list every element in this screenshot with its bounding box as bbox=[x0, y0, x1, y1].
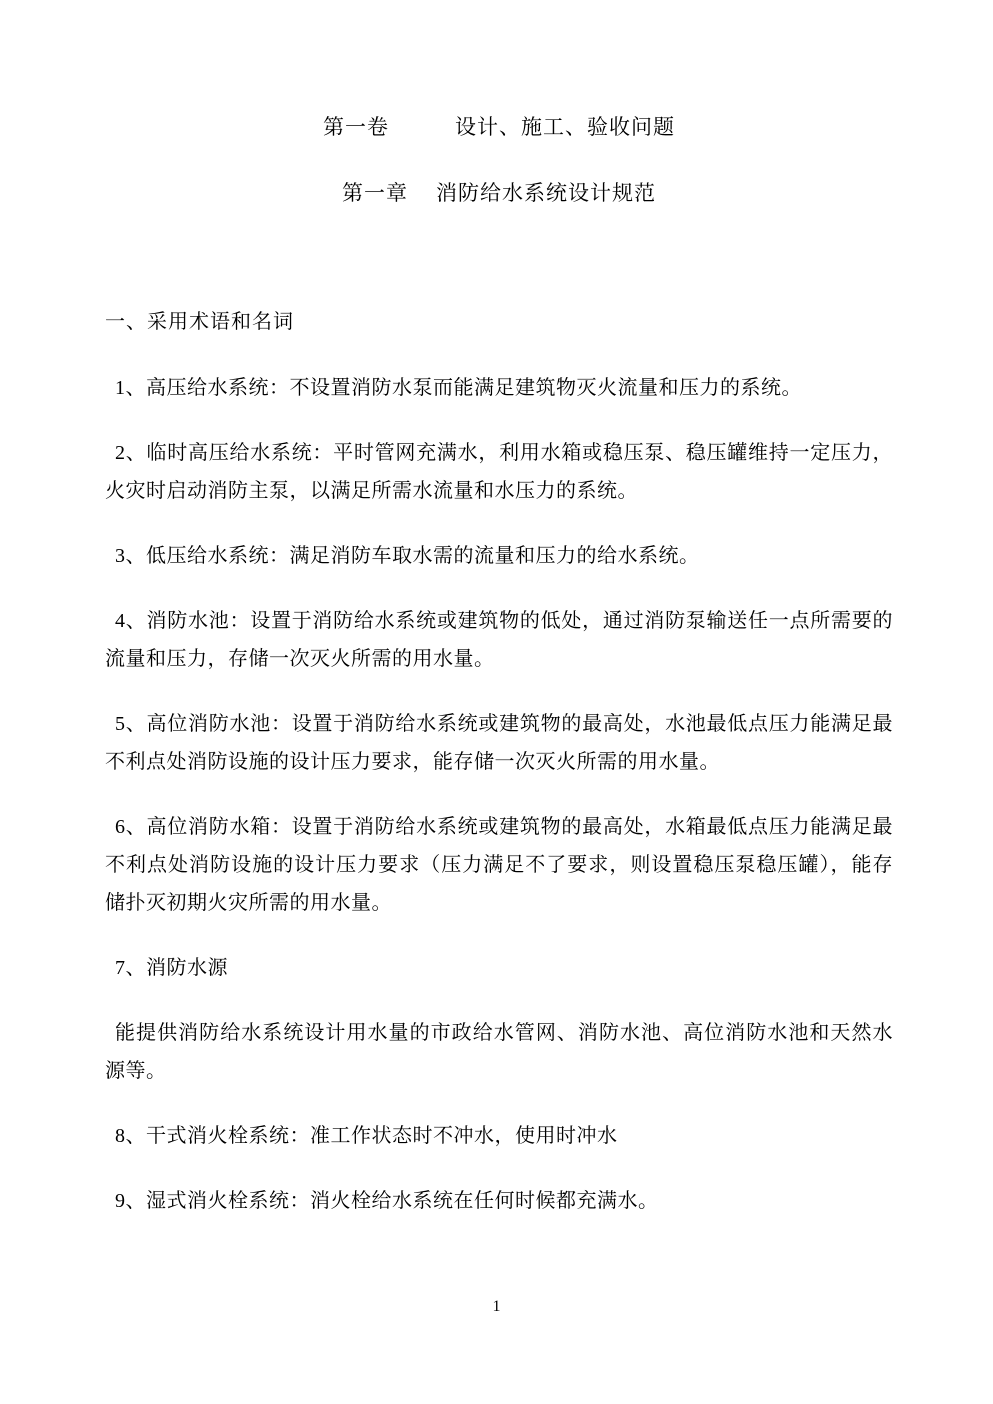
paragraph-term-7-description: 能提供消防给水系统设计用水量的市政给水管网、消防水池、高位消防水池和天然水源等。 bbox=[105, 1014, 893, 1090]
paragraph-term-9: 9、湿式消火栓系统：消火栓给水系统在任何时候都充满水。 bbox=[105, 1182, 893, 1220]
paragraph-term-2: 2、临时高压给水系统：平时管网充满水，利用水箱或稳压泵、稳压罐维持一定压力，火灾… bbox=[105, 434, 893, 510]
paragraph-term-3: 3、低压给水系统：满足消防车取水需的流量和压力的给水系统。 bbox=[105, 537, 893, 575]
chapter-heading: 第一章 消防给水系统设计规范 bbox=[105, 181, 893, 205]
paragraph-term-1: 1、高压给水系统：不设置消防水泵而能满足建筑物灭火流量和压力的系统。 bbox=[105, 369, 893, 407]
chapter-title: 消防给水系统设计规范 bbox=[436, 181, 656, 205]
paragraph-term-4: 4、消防水池：设置于消防给水系统或建筑物的低处，通过消防泵输送任一点所需要的流量… bbox=[105, 602, 893, 678]
chapter-label: 第一章 bbox=[342, 181, 408, 205]
body-text: 1、高压给水系统：不设置消防水泵而能满足建筑物灭火流量和压力的系统。 2、临时高… bbox=[105, 369, 893, 1220]
document-title: 第一卷 设计、施工、验收问题 bbox=[105, 0, 893, 139]
paragraph-term-5: 5、高位消防水池：设置于消防给水系统或建筑物的最高处，水池最低点压力能满足最不利… bbox=[105, 705, 893, 781]
paragraph-term-8: 8、干式消火栓系统：准工作状态时不冲水，使用时冲水 bbox=[105, 1117, 893, 1155]
paragraph-term-6: 6、高位消防水箱：设置于消防给水系统或建筑物的最高处，水箱最低点压力能满足最不利… bbox=[105, 808, 893, 922]
volume-title: 设计、施工、验收问题 bbox=[455, 115, 675, 139]
paragraph-term-7: 7、消防水源 bbox=[105, 949, 893, 987]
document-page: 第一卷 设计、施工、验收问题 第一章 消防给水系统设计规范 一、采用术语和名词 … bbox=[0, 0, 993, 1404]
volume-label: 第一卷 bbox=[323, 115, 389, 139]
section-heading: 一、采用术语和名词 bbox=[105, 309, 893, 335]
page-number: 1 bbox=[0, 1298, 993, 1316]
